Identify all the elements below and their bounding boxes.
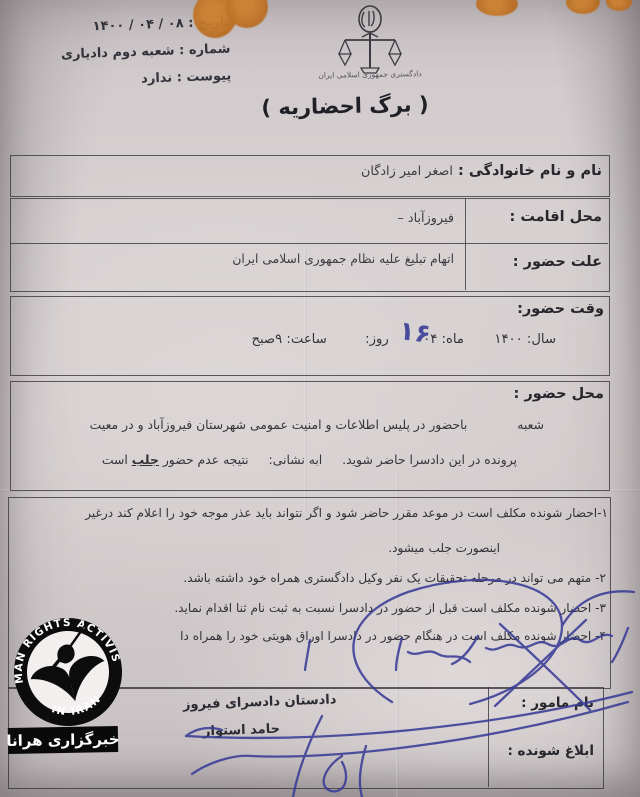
judiciary-emblem: دادگستری جمهوری اسلامی ایران	[298, 4, 442, 88]
row-name: نام و نام خانوادگی : اصغر امیر زادگان	[361, 160, 602, 179]
number-value: شعبه دوم دادیاری	[60, 43, 174, 62]
place-absence-text: نتیجه عدم حضور	[163, 452, 249, 467]
time-year: سال: ۱۴۰۰	[494, 332, 556, 347]
number-label: شماره :	[178, 42, 230, 59]
reason-value: اتهام تبلیغ علیه نظام جمهوری اسلامی ایرا…	[232, 252, 454, 266]
hrana-logo: HUMAN RIGHTS ACTIVISTS IN IRAN خبرگزاری …	[6, 614, 130, 756]
scanned-paper: تاریخ : ۱۴۰۰ / ۰۴ / ۰۸ شماره : شعبه دوم …	[0, 0, 640, 797]
page-title: ( برگ احضاریه )	[230, 92, 460, 121]
place-attend-text: پرونده در این دادسرا حاضر شوید.	[342, 452, 517, 467]
hrana-logo-icon: HUMAN RIGHTS ACTIVISTS IN IRAN خبرگزاری …	[6, 614, 130, 756]
note-1-line1: ۱-احضار شونده مکلف است در موعد مقرر حاضر…	[85, 506, 608, 520]
place-line2: پرونده در این دادسرا حاضر شوید. ابه نشان…	[102, 452, 517, 467]
column-divider	[465, 198, 466, 290]
time-day: روز:	[365, 332, 389, 347]
place-label: محل حضور :	[514, 386, 604, 402]
place-absence-arrest: جلب	[132, 452, 159, 467]
residence-value: فیروزآباد –	[397, 211, 454, 226]
residence-label: محل اقامت :	[509, 209, 602, 225]
stain	[566, 0, 600, 14]
row-divider	[10, 243, 608, 244]
attachment-label: پیوست :	[176, 69, 231, 86]
name-value: اصغر امیر زادگان	[361, 164, 453, 179]
reason-label: علت حضور :	[513, 254, 602, 270]
place-line1: شعبه باحضور در پلیس اطلاعات و امنیت عموم…	[90, 417, 544, 432]
name-label: نام و نام خانوادگی :	[458, 163, 602, 179]
attachment-value: ندارد	[141, 71, 173, 87]
place-branch: شعبه	[517, 417, 544, 432]
place-absence-end: است	[102, 452, 128, 467]
stain	[606, 0, 632, 11]
time-hour: ساعت: ۹صبح	[251, 332, 326, 347]
place-location: باحضور در پلیس اطلاعات و امنیت عمومی شهر…	[90, 417, 468, 432]
handwritten-day: ۱۶	[397, 316, 433, 350]
time-label: وقت حضور:	[517, 301, 604, 317]
place-address-label: ابه نشانی:	[269, 452, 323, 467]
date-value: ۱۴۰۰ / ۰۴ / ۰۸	[92, 16, 184, 34]
logo-band-text: خبرگزاری هرانا	[6, 730, 120, 750]
stain	[476, 0, 518, 16]
